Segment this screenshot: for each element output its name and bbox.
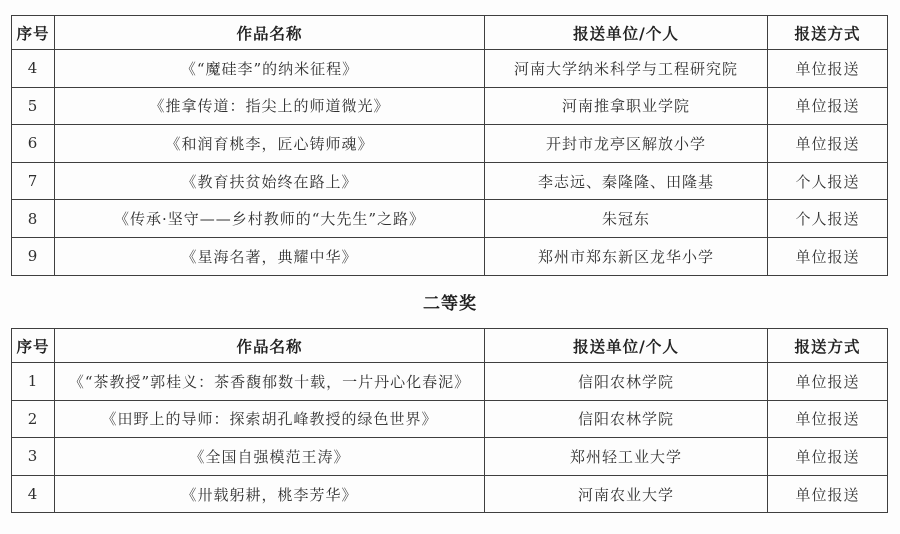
cell-submitter: 信阳农林学院: [485, 400, 768, 438]
cell-serial: 8: [12, 200, 55, 238]
cell-serial: 1: [12, 363, 55, 401]
header-submitting-unit: 报送单位/个人: [485, 329, 768, 363]
cell-title: 《全国自强模范王涛》: [55, 438, 485, 476]
cell-method: 单位报送: [768, 438, 888, 476]
cell-submitter: 河南推拿职业学院: [485, 87, 768, 125]
cell-method: 个人报送: [768, 200, 888, 238]
cell-title: 《星海名著，典耀中华》: [55, 237, 485, 275]
header-submitting-unit: 报送单位/个人: [485, 16, 768, 50]
cell-title: 《和润育桃李，匠心铸师魂》: [55, 125, 485, 163]
table-row: 2 《田野上的导师：探索胡孔峰教授的绿色世界》 信阳农林学院 单位报送: [12, 400, 888, 438]
cell-title: 《教育扶贫始终在路上》: [55, 162, 485, 200]
table-row: 4 《“魔硅李”的纳米征程》 河南大学纳米科学与工程研究院 单位报送: [12, 50, 888, 88]
table-header-row: 序号 作品名称 报送单位/个人 报送方式: [12, 329, 888, 363]
header-serial-number: 序号: [12, 329, 55, 363]
cell-submitter: 信阳农林学院: [485, 363, 768, 401]
cell-method: 单位报送: [768, 125, 888, 163]
table-row: 5 《推拿传道：指尖上的师道微光》 河南推拿职业学院 单位报送: [12, 87, 888, 125]
cell-serial: 2: [12, 400, 55, 438]
cell-serial: 9: [12, 237, 55, 275]
cell-submitter: 郑州市郑东新区龙华小学: [485, 237, 768, 275]
cell-serial: 3: [12, 438, 55, 476]
table-row: 1 《“茶教授”郭桂义：茶香馥郁数十载，一片丹心化春泥》 信阳农林学院 单位报送: [12, 363, 888, 401]
table-row: 4 《卅载躬耕，桃李芳华》 河南农业大学 单位报送: [12, 475, 888, 513]
cell-serial: 6: [12, 125, 55, 163]
table-row: 3 《全国自强模范王涛》 郑州轻工业大学 单位报送: [12, 438, 888, 476]
cell-submitter: 河南大学纳米科学与工程研究院: [485, 50, 768, 88]
document-page: 序号 作品名称 报送单位/个人 报送方式 4 《“魔硅李”的纳米征程》 河南大学…: [0, 0, 900, 534]
cell-method: 单位报送: [768, 87, 888, 125]
cell-method: 单位报送: [768, 50, 888, 88]
cell-submitter: 开封市龙亭区解放小学: [485, 125, 768, 163]
cell-serial: 7: [12, 162, 55, 200]
cell-title: 《“茶教授”郭桂义：茶香馥郁数十载，一片丹心化春泥》: [55, 363, 485, 401]
cell-submitter: 李志远、秦隆隆、田隆基: [485, 162, 768, 200]
cell-submitter: 朱冠东: [485, 200, 768, 238]
cell-method: 单位报送: [768, 363, 888, 401]
header-submission-method: 报送方式: [768, 16, 888, 50]
cell-serial: 4: [12, 50, 55, 88]
header-serial-number: 序号: [12, 16, 55, 50]
cell-serial: 5: [12, 87, 55, 125]
cell-method: 单位报送: [768, 237, 888, 275]
table-row: 6 《和润育桃李，匠心铸师魂》 开封市龙亭区解放小学 单位报送: [12, 125, 888, 163]
cell-method: 单位报送: [768, 475, 888, 513]
cell-title: 《传承·坚守——乡村教师的“大先生”之路》: [55, 200, 485, 238]
section-title-second-prize: 二等奖: [0, 289, 900, 313]
cell-title: 《“魔硅李”的纳米征程》: [55, 50, 485, 88]
awards-table-first: 序号 作品名称 报送单位/个人 报送方式 4 《“魔硅李”的纳米征程》 河南大学…: [11, 15, 888, 276]
table-header-row: 序号 作品名称 报送单位/个人 报送方式: [12, 16, 888, 50]
cell-title: 《推拿传道：指尖上的师道微光》: [55, 87, 485, 125]
awards-table-second-prize: 序号 作品名称 报送单位/个人 报送方式 1 《“茶教授”郭桂义：茶香馥郁数十载…: [11, 328, 888, 513]
cell-method: 个人报送: [768, 162, 888, 200]
cell-method: 单位报送: [768, 400, 888, 438]
table-row: 9 《星海名著，典耀中华》 郑州市郑东新区龙华小学 单位报送: [12, 237, 888, 275]
table-row: 8 《传承·坚守——乡村教师的“大先生”之路》 朱冠东 个人报送: [12, 200, 888, 238]
cell-submitter: 郑州轻工业大学: [485, 438, 768, 476]
header-submission-method: 报送方式: [768, 329, 888, 363]
cell-title: 《卅载躬耕，桃李芳华》: [55, 475, 485, 513]
cell-title: 《田野上的导师：探索胡孔峰教授的绿色世界》: [55, 400, 485, 438]
header-work-title: 作品名称: [55, 16, 485, 50]
table-row: 7 《教育扶贫始终在路上》 李志远、秦隆隆、田隆基 个人报送: [12, 162, 888, 200]
cell-serial: 4: [12, 475, 55, 513]
header-work-title: 作品名称: [55, 329, 485, 363]
cell-submitter: 河南农业大学: [485, 475, 768, 513]
